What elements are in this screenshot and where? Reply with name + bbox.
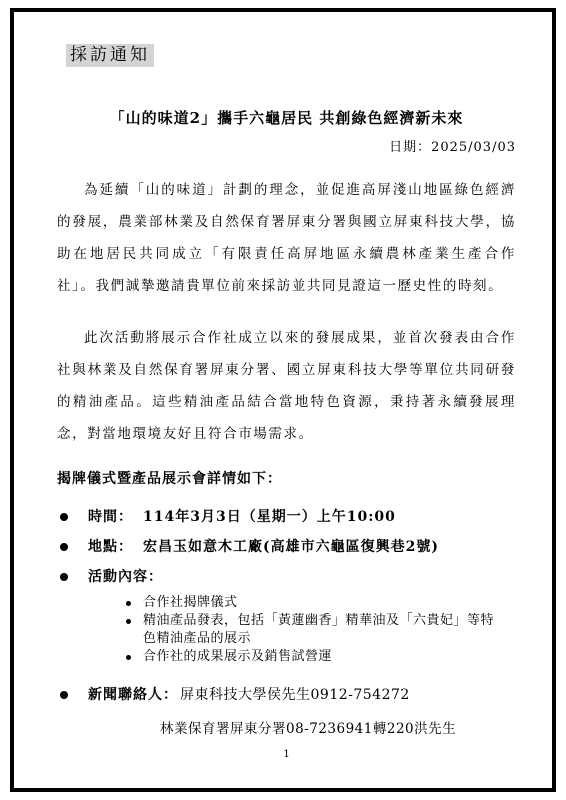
paragraph-1: 為延續「山的味道」計劃的理念，並促進高屏淺山地區綠色經濟的發展，農業部林業及自然…	[57, 174, 516, 302]
activities-sub-list: 合作社揭牌儀式 精油產品發表，包括「黃蓮幽香」精華油及「六貴妃」等特色精油產品的…	[126, 594, 516, 666]
details-heading: 揭牌儀式暨產品展示會詳情如下：	[57, 468, 516, 490]
bullet-time: 時間： 114年3月3日（星期一）上午10:00	[57, 502, 516, 532]
sub-bullet-icon	[126, 619, 131, 624]
sub-bullet-item: 合作社的成果展示及銷售試營運	[126, 648, 516, 666]
bullet-time-label: 時間：	[88, 502, 133, 532]
bullet-icon	[60, 543, 68, 551]
bullet-location: 地點： 宏昌玉如意木工廠(高雄市六龜區復興巷2號)	[57, 532, 516, 562]
sub-bullet-text: 合作社揭牌儀式	[143, 594, 238, 612]
details-bullet-list: 時間： 114年3月3日（星期一）上午10:00 地點： 宏昌玉如意木工廠(高雄…	[57, 502, 516, 710]
bullet-press-contact: 新聞聯絡人： 屏東科技大學侯先生0912-754272	[57, 680, 516, 710]
press-contact-label: 新聞聯絡人：	[88, 680, 178, 710]
sub-bullet-item: 合作社揭牌儀式	[126, 594, 516, 612]
bullet-location-value: 宏昌玉如意木工廠(高雄市六龜區復興巷2號)	[143, 532, 439, 562]
notice-label: 採訪通知	[66, 44, 154, 67]
date-line: 日期：2025/03/03	[57, 138, 516, 158]
document-page: 採訪通知 「山的味道2」攜手六龜居民 共創綠色經濟新未來 日期：2025/03/…	[0, 0, 566, 800]
sub-bullet-item: 精油產品發表，包括「黃蓮幽香」精華油及「六貴妃」等特色精油產品的展示	[126, 612, 516, 648]
press-contact-line-2: 林業保育署屏東分署08-7236941轉220洪先生	[160, 718, 516, 740]
press-contact-line-1: 屏東科技大學侯先生0912-754272	[180, 680, 410, 710]
bullet-activities-label: 活動內容：	[88, 562, 163, 592]
sub-bullet-text: 合作社的成果展示及銷售試營運	[143, 648, 332, 666]
bullet-icon	[60, 513, 68, 521]
sub-bullet-icon	[126, 601, 131, 606]
document-content: 採訪通知 「山的味道2」攜手六龜居民 共創綠色經濟新未來 日期：2025/03/…	[57, 0, 516, 762]
bullet-location-label: 地點：	[88, 532, 133, 562]
bullet-icon	[60, 573, 68, 581]
page-number: 1	[57, 748, 516, 762]
sub-bullet-text: 精油產品發表，包括「黃蓮幽香」精華油及「六貴妃」等特色精油產品的展示	[143, 612, 503, 648]
document-title: 「山的味道2」攜手六龜居民 共創綠色經濟新未來	[57, 107, 516, 129]
bullet-activities: 活動內容：	[57, 562, 516, 592]
bullet-icon	[60, 691, 68, 699]
bullet-time-value: 114年3月3日（星期一）上午10:00	[143, 502, 396, 532]
sub-bullet-icon	[126, 655, 131, 660]
paragraph-2: 此次活動將展示合作社成立以來的發展成果，並首次發表由合作社與林業及自然保育署屏東…	[57, 322, 516, 450]
